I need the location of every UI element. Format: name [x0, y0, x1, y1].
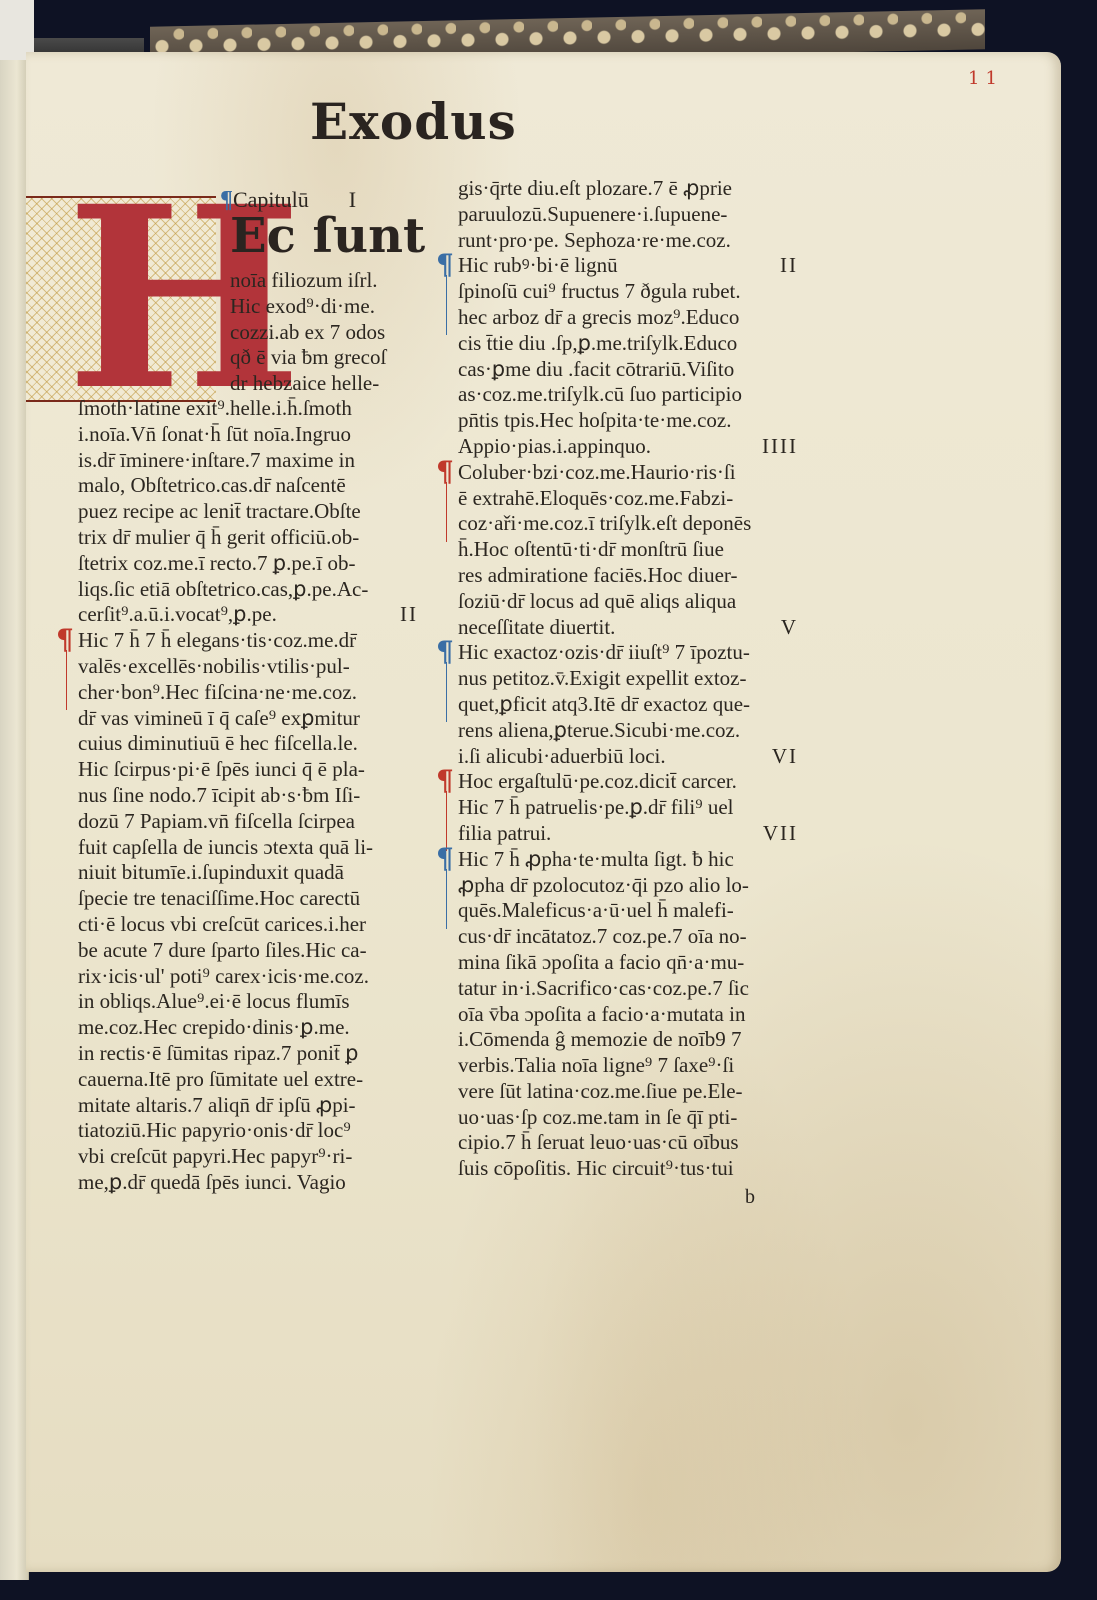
text-line: ꝓpha dr̄ pzolocutoz·q̄i pzo alio lo- [458, 873, 798, 899]
text-line: ſpecie tre tenaciſſime.Hoc carectū [78, 886, 418, 912]
line-text: cus·dr̄ incātatoz.7 coz.pe.7 oīa no- [458, 924, 747, 948]
chapter-numeral: IIII [762, 434, 798, 460]
line-text: malo, Obſtetrico.cas.dr̄ naſcentē [78, 473, 346, 497]
text-line: Hic ſcirpus·pi·ē ſpēs iunci q̄ ē pla- [78, 757, 418, 783]
text-line: noīa filiozum iſrl. [230, 268, 386, 294]
line-text: is.dr̄ īminere·inſtare.7 maxime in [78, 448, 355, 472]
line-text: dozū 7 Papiam.vn̄ fiſcella ſcirpea [78, 809, 355, 833]
text-line: Hic rubꝰ·bi·ē lignūII [458, 253, 798, 279]
text-line: Hic 7 h̄ 7 h̄ elegans·tis·coz.me.dr̄ [78, 628, 418, 654]
line-text: cerſit⁹.a.ū.i.vocat⁹,ꝑ.pe. [78, 602, 277, 626]
line-text: cuius diminutiuū ē hec fiſcella.le. [78, 731, 358, 755]
text-line: be acute 7 dure ſparto ſiles.Hic ca- [78, 938, 418, 964]
line-text: dr̄ vas vimineū ī q̄ caſe⁹ exꝑmitur [78, 706, 360, 730]
line-text: Hoc ergaſtulū·pe.coz.dicit̄ carcer. [458, 769, 737, 793]
line-text: in rectis·ē ſūmitas ripaz.7 ponit̄ ꝑ [78, 1041, 358, 1065]
text-line: ſmoth·latine exit⁹.helle.i.h̄.ſmoth [78, 396, 418, 422]
line-text: cauerna.Itē pro ſūmitate uel extre- [78, 1067, 363, 1091]
line-text: me.coz.Hec crepido·dinis·ꝑ.me. [78, 1015, 350, 1039]
text-line: paruulozū.Supuenere·i.ſupuene- [458, 202, 798, 228]
text-line: dr̄ vas vimineū ī q̄ caſe⁹ exꝑmitur [78, 706, 418, 732]
line-text: valēs·excellēs·nobilis·vtilis·pul- [78, 654, 350, 678]
line-text: i.ſi alicubi·aduerbiū loci. [458, 744, 666, 768]
line-text: mitate altaris.7 aliqn̄ dr̄ ipſū ꝓpi- [78, 1093, 356, 1117]
text-line: dozū 7 Papiam.vn̄ fiſcella ſcirpea [78, 809, 418, 835]
text-line: trix dr̄ mulier q̄ h̄ gerit officiū.ob- [78, 525, 418, 551]
text-line: Hic 7 h̄ ꝓpha·te·multa ſigt. ƀ hic [458, 847, 798, 873]
text-line: in obliqs.Alue⁹.ei·ē locus flumīs [78, 989, 418, 1015]
line-text: Hic rubꝰ·bi·ē lignū [458, 253, 618, 277]
text-line: puez recipe ac lenit̄ tractare.Obſte [78, 499, 418, 525]
line-text: coz·aři·me.coz.ī triſylk.eſt deponēs [458, 511, 751, 535]
text-line: cozzi.ab ex 7 odos [230, 320, 386, 346]
paragraph-mark-tail [66, 650, 67, 710]
paragraph-mark-tail [446, 275, 447, 335]
text-line: is.dr̄ īminere·inſtare.7 maxime in [78, 448, 418, 474]
line-text: cas·ꝑme diu .facit cōtrariū.Viſito [458, 357, 734, 381]
line-text: neceſſitate diuertit. [458, 615, 615, 639]
text-line: mina ſikā ɔpoſita a facio qn̄·a·mu- [458, 950, 798, 976]
line-text: ſpinoſū cui⁹ fructus 7 ðgula rubet. [458, 279, 741, 303]
line-text: res admiratione faciēs.Hoc diuer- [458, 563, 737, 587]
text-line: nus petitoz.v̄.Exigit expellit extoz- [458, 666, 798, 692]
paragraph-mark-icon: ¶ [56, 626, 74, 654]
line-text: filia patrui. [458, 821, 551, 845]
line-text: liqs.ſic etiā obſtetrico.cas,ꝑ.pe.Ac- [78, 577, 368, 601]
line-text: Hic 7 h̄ 7 h̄ elegans·tis·coz.me.dr̄ [78, 628, 356, 652]
text-line: niuit bitumīe.i.ſupinduxit quadā [78, 860, 418, 886]
line-text: vbi creſcūt papyri.Hec papyr⁹·ri- [78, 1144, 352, 1168]
running-title: Exodus [310, 92, 517, 151]
text-line: ſpinoſū cui⁹ fructus 7 ðgula rubet. [458, 279, 798, 305]
chapter-numeral: VII [763, 821, 798, 847]
text-line: verbis.Talia noīa ligne⁹ 7 ſaxe⁹·ſi [458, 1053, 798, 1079]
paragraph-mark-tail [446, 482, 447, 542]
line-text: ꝓpha dr̄ pzolocutoz·q̄i pzo alio lo- [458, 873, 749, 897]
line-text: ſpecie tre tenaciſſime.Hoc carectū [78, 886, 360, 910]
text-line: i.Cōmenda ĝ memozie de noīb9 7 [458, 1027, 798, 1053]
line-text: oīa v̄ba ɔpoſita a facio·a·mutata in [458, 1002, 745, 1026]
paragraph-mark-icon: ¶ [436, 845, 454, 873]
line-text: puez recipe ac lenit̄ tractare.Obſte [78, 499, 361, 523]
line-text: in obliqs.Alue⁹.ei·ē locus flumīs [78, 989, 350, 1013]
line-text: me,ꝑ.dr̄ quedā ſpēs iunci. Vagio [78, 1170, 346, 1194]
text-line: coz·aři·me.coz.ī triſylk.eſt deponēs [458, 511, 798, 537]
line-text: cti·ē locus vbi creſcūt carices.i.her [78, 912, 366, 936]
text-line: ē extrahē.Eloquēs·coz.me.Fabzi- [458, 486, 798, 512]
right-text-column: gis·q̄rte diu.eſt plozare.7 ē ꝓprieparuu… [458, 176, 798, 1182]
paragraph-mark-icon: ¶ [436, 638, 454, 666]
text-line: cerſit⁹.a.ū.i.vocat⁹,ꝑ.pe.II [78, 602, 418, 628]
chapter-numeral: VI [772, 744, 798, 770]
text-line: h̄.Hoc oſtentū·ti·dr̄ monſtrū ſiue [458, 537, 798, 563]
text-line: pn̄tis tpis.Hec hoſpita·te·me.coz. [458, 408, 798, 434]
scan-corner [0, 0, 34, 60]
text-line: cauerna.Itē pro ſūmitate uel extre- [78, 1067, 418, 1093]
text-line: filia patrui.VII [458, 821, 798, 847]
text-line: cher·bon⁹.Hec fiſcina·ne·me.coz. [78, 680, 418, 706]
text-line: Coluber·bzi·coz.me.Haurio·ris·ſi [458, 460, 798, 486]
text-line: qð ē via ƀm grecoſ [230, 345, 386, 371]
line-text: pn̄tis tpis.Hec hoſpita·te·me.coz. [458, 408, 732, 432]
text-line: vbi creſcūt papyri.Hec papyr⁹·ri- [78, 1144, 418, 1170]
text-line: hec arboz dr̄ a grecis moz⁹.Educo [458, 305, 798, 331]
text-line: i.ſi alicubi·aduerbiū loci.VI [458, 744, 798, 770]
illuminated-initial: H [26, 196, 216, 402]
text-line: Appio·pias.i.appinquo.IIII [458, 434, 798, 460]
line-text: fuit capſella de iuncis ɔtexta quā li- [78, 835, 373, 859]
text-line: Hic exactoz·ozis·dr̄ iiuſt⁹ 7 īpoztu- [458, 640, 798, 666]
text-beside-initial: noīa filiozum iſrl. Hic exod⁹·di·me. coz… [230, 268, 386, 397]
line-text: ſuis cōpoſitis. Hic circuit⁹·tus·tui [458, 1156, 734, 1180]
text-line: quet,ꝑficit atq3.Itē dr̄ exactoz que- [458, 692, 798, 718]
text-line: nus ſine nodo.7 īcipit ab·s·ƀm Iſi- [78, 783, 418, 809]
text-line: cis t̄tie diu .ſp,ꝑ.me.triſylk.Educo [458, 331, 798, 357]
text-line: valēs·excellēs·nobilis·vtilis·pul- [78, 654, 418, 680]
text-line: cas·ꝑme diu .facit cōtrariū.Viſito [458, 357, 798, 383]
line-text: rens aliena,ꝑterue.Sicubi·me.coz. [458, 718, 740, 742]
line-text: niuit bitumīe.i.ſupinduxit quadā [78, 860, 344, 884]
line-text: mina ſikā ɔpoſita a facio qn̄·a·mu- [458, 950, 744, 974]
text-line: Hic 7 h̄ patruelis·pe.ꝑ.dr̄ fili⁹ uel [458, 795, 798, 821]
text-line: neceſſitate diuertit.V [458, 615, 798, 641]
text-line: liqs.ſic etiā obſtetrico.cas,ꝑ.pe.Ac- [78, 577, 418, 603]
text-line: me,ꝑ.dr̄ quedā ſpēs iunci. Vagio [78, 1170, 418, 1196]
line-text: quēs.Maleficus·a·ū·uel h̄ malefi- [458, 898, 734, 922]
text-line: fuit capſella de iuncis ɔtexta quā li- [78, 835, 418, 861]
line-text: gis·q̄rte diu.eſt plozare.7 ē ꝓprie [458, 176, 732, 200]
text-line: cipio.7 h̄ ſeruat leuo·uas·cū oībus [458, 1130, 798, 1156]
line-text: rix·icis·ul' poti⁹ carex·icis·me.coz. [78, 964, 369, 988]
text-line: quēs.Maleficus·a·ū·uel h̄ malefi- [458, 898, 798, 924]
paragraph-mark-icon: ¶ [436, 767, 454, 795]
text-line: in rectis·ē ſūmitas ripaz.7 ponit̄ ꝑ [78, 1041, 418, 1067]
line-text: i.noīa.Vn̄ ſonat·h̄ ſūt noīa.Ingruo [78, 422, 351, 446]
line-text: cipio.7 h̄ ſeruat leuo·uas·cū oībus [458, 1130, 739, 1154]
line-text: quet,ꝑficit atq3.Itē dr̄ exactoz que- [458, 692, 750, 716]
line-text: Coluber·bzi·coz.me.Haurio·ris·ſi [458, 460, 736, 484]
line-text: ſmoth·latine exit⁹.helle.i.h̄.ſmoth [78, 396, 352, 420]
text-line: cuius diminutiuū ē hec fiſcella.le. [78, 731, 418, 757]
paragraph-mark-icon: ¶ [436, 251, 454, 279]
text-line: oīa v̄ba ɔpoſita a facio·a·mutata in [458, 1002, 798, 1028]
text-line: rix·icis·ul' poti⁹ carex·icis·me.coz. [78, 964, 418, 990]
text-line: res admiratione faciēs.Hoc diuer- [458, 563, 798, 589]
line-text: paruulozū.Supuenere·i.ſupuene- [458, 202, 727, 226]
line-text: as·coz.me.triſylk.cū ſuo participio [458, 382, 742, 406]
line-text: vere ſūt latina·coz.me.ſiue pe.Ele- [458, 1079, 743, 1103]
text-line: mitate altaris.7 aliqn̄ dr̄ ipſū ꝓpi- [78, 1093, 418, 1119]
line-text: be acute 7 dure ſparto ſiles.Hic ca- [78, 938, 367, 962]
text-line: rens aliena,ꝑterue.Sicubi·me.coz. [458, 718, 798, 744]
text-line: gis·q̄rte diu.eſt plozare.7 ē ꝓprie [458, 176, 798, 202]
text-line: Hoc ergaſtulū·pe.coz.dicit̄ carcer. [458, 769, 798, 795]
line-text: nus petitoz.v̄.Exigit expellit extoz- [458, 666, 746, 690]
chapter-numeral: II [400, 602, 418, 628]
line-text: Hic 7 h̄ patruelis·pe.ꝑ.dr̄ fili⁹ uel [458, 795, 734, 819]
signature-mark: b [745, 1186, 755, 1209]
text-line: ſoziū·dr̄ locus ad quē aliqs aliqua [458, 589, 798, 615]
incipit: Ec ſunt [230, 208, 425, 264]
text-line: i.noīa.Vn̄ ſonat·h̄ ſūt noīa.Ingruo [78, 422, 418, 448]
line-text: tiatoziū.Hic papyrio·onis·dr̄ loc⁹ [78, 1118, 351, 1142]
text-line: uo·uas·ſp coz.me.tam in ſe q̄ī pti- [458, 1105, 798, 1131]
line-text: h̄.Hoc oſtentū·ti·dr̄ monſtrū ſiue [458, 537, 724, 561]
text-line: Hic exod⁹·di·me. [230, 294, 386, 320]
text-line: tiatoziū.Hic papyrio·onis·dr̄ loc⁹ [78, 1118, 418, 1144]
line-text: trix dr̄ mulier q̄ h̄ gerit officiū.ob- [78, 525, 359, 549]
text-line: cti·ē locus vbi creſcūt carices.i.her [78, 912, 418, 938]
line-text: nus ſine nodo.7 īcipit ab·s·ƀm Iſi- [78, 783, 360, 807]
line-text: Hic ſcirpus·pi·ē ſpēs iunci q̄ ē pla- [78, 757, 365, 781]
line-text: ſtetrix coz.me.ī recto.7 ꝑ.pe.ī ob- [78, 551, 355, 575]
line-text: hec arboz dr̄ a grecis moz⁹.Educo [458, 305, 739, 329]
line-text: cher·bon⁹.Hec fiſcina·ne·me.coz. [78, 680, 357, 704]
chapter-numeral: II [780, 253, 798, 279]
paragraph-mark-tail [446, 869, 447, 929]
text-line: malo, Obſtetrico.cas.dr̄ naſcentē [78, 473, 418, 499]
line-text: cis t̄tie diu .ſp,ꝑ.me.triſylk.Educo [458, 331, 737, 355]
line-text: i.Cōmenda ĝ memozie de noīb9 7 [458, 1027, 741, 1051]
line-text: ſoziū·dr̄ locus ad quē aliqs aliqua [458, 589, 736, 613]
text-line: dr hebzaice helle- [230, 371, 386, 397]
text-line: tatur in·i.Sacrifico·cas·coz.pe.7 ſic [458, 976, 798, 1002]
line-text: ē extrahē.Eloquēs·coz.me.Fabzi- [458, 486, 733, 510]
text-line: as·coz.me.triſylk.cū ſuo participio [458, 382, 798, 408]
text-line: ſtetrix coz.me.ī recto.7 ꝑ.pe.ī ob- [78, 551, 418, 577]
line-text: Hic exactoz·ozis·dr̄ iiuſt⁹ 7 īpoztu- [458, 640, 750, 664]
paragraph-mark-icon: ¶ [436, 458, 454, 486]
text-line: vere ſūt latina·coz.me.ſiue pe.Ele- [458, 1079, 798, 1105]
line-text: uo·uas·ſp coz.me.tam in ſe q̄ī pti- [458, 1105, 737, 1129]
folio-number: 11 [968, 68, 1003, 89]
facing-page-edge [0, 60, 29, 1580]
line-text: runt·pro·pe. Sephoza·re·me.coz. [458, 228, 731, 252]
line-text: verbis.Talia noīa ligne⁹ 7 ſaxe⁹·ſi [458, 1053, 734, 1077]
line-text: Hic 7 h̄ ꝓpha·te·multa ſigt. ƀ hic [458, 847, 734, 871]
text-line: runt·pro·pe. Sephoza·re·me.coz. [458, 228, 798, 254]
text-line: me.coz.Hec crepido·dinis·ꝑ.me. [78, 1015, 418, 1041]
chapter-numeral: V [781, 615, 798, 641]
left-text-column: ſmoth·latine exit⁹.helle.i.h̄.ſmothi.noī… [78, 396, 418, 1196]
text-line: cus·dr̄ incātatoz.7 coz.pe.7 oīa no- [458, 924, 798, 950]
paragraph-mark-tail [446, 662, 447, 722]
line-text: Appio·pias.i.appinquo. [458, 434, 651, 458]
line-text: tatur in·i.Sacrifico·cas·coz.pe.7 ſic [458, 976, 749, 1000]
text-line: ſuis cōpoſitis. Hic circuit⁹·tus·tui [458, 1156, 798, 1182]
